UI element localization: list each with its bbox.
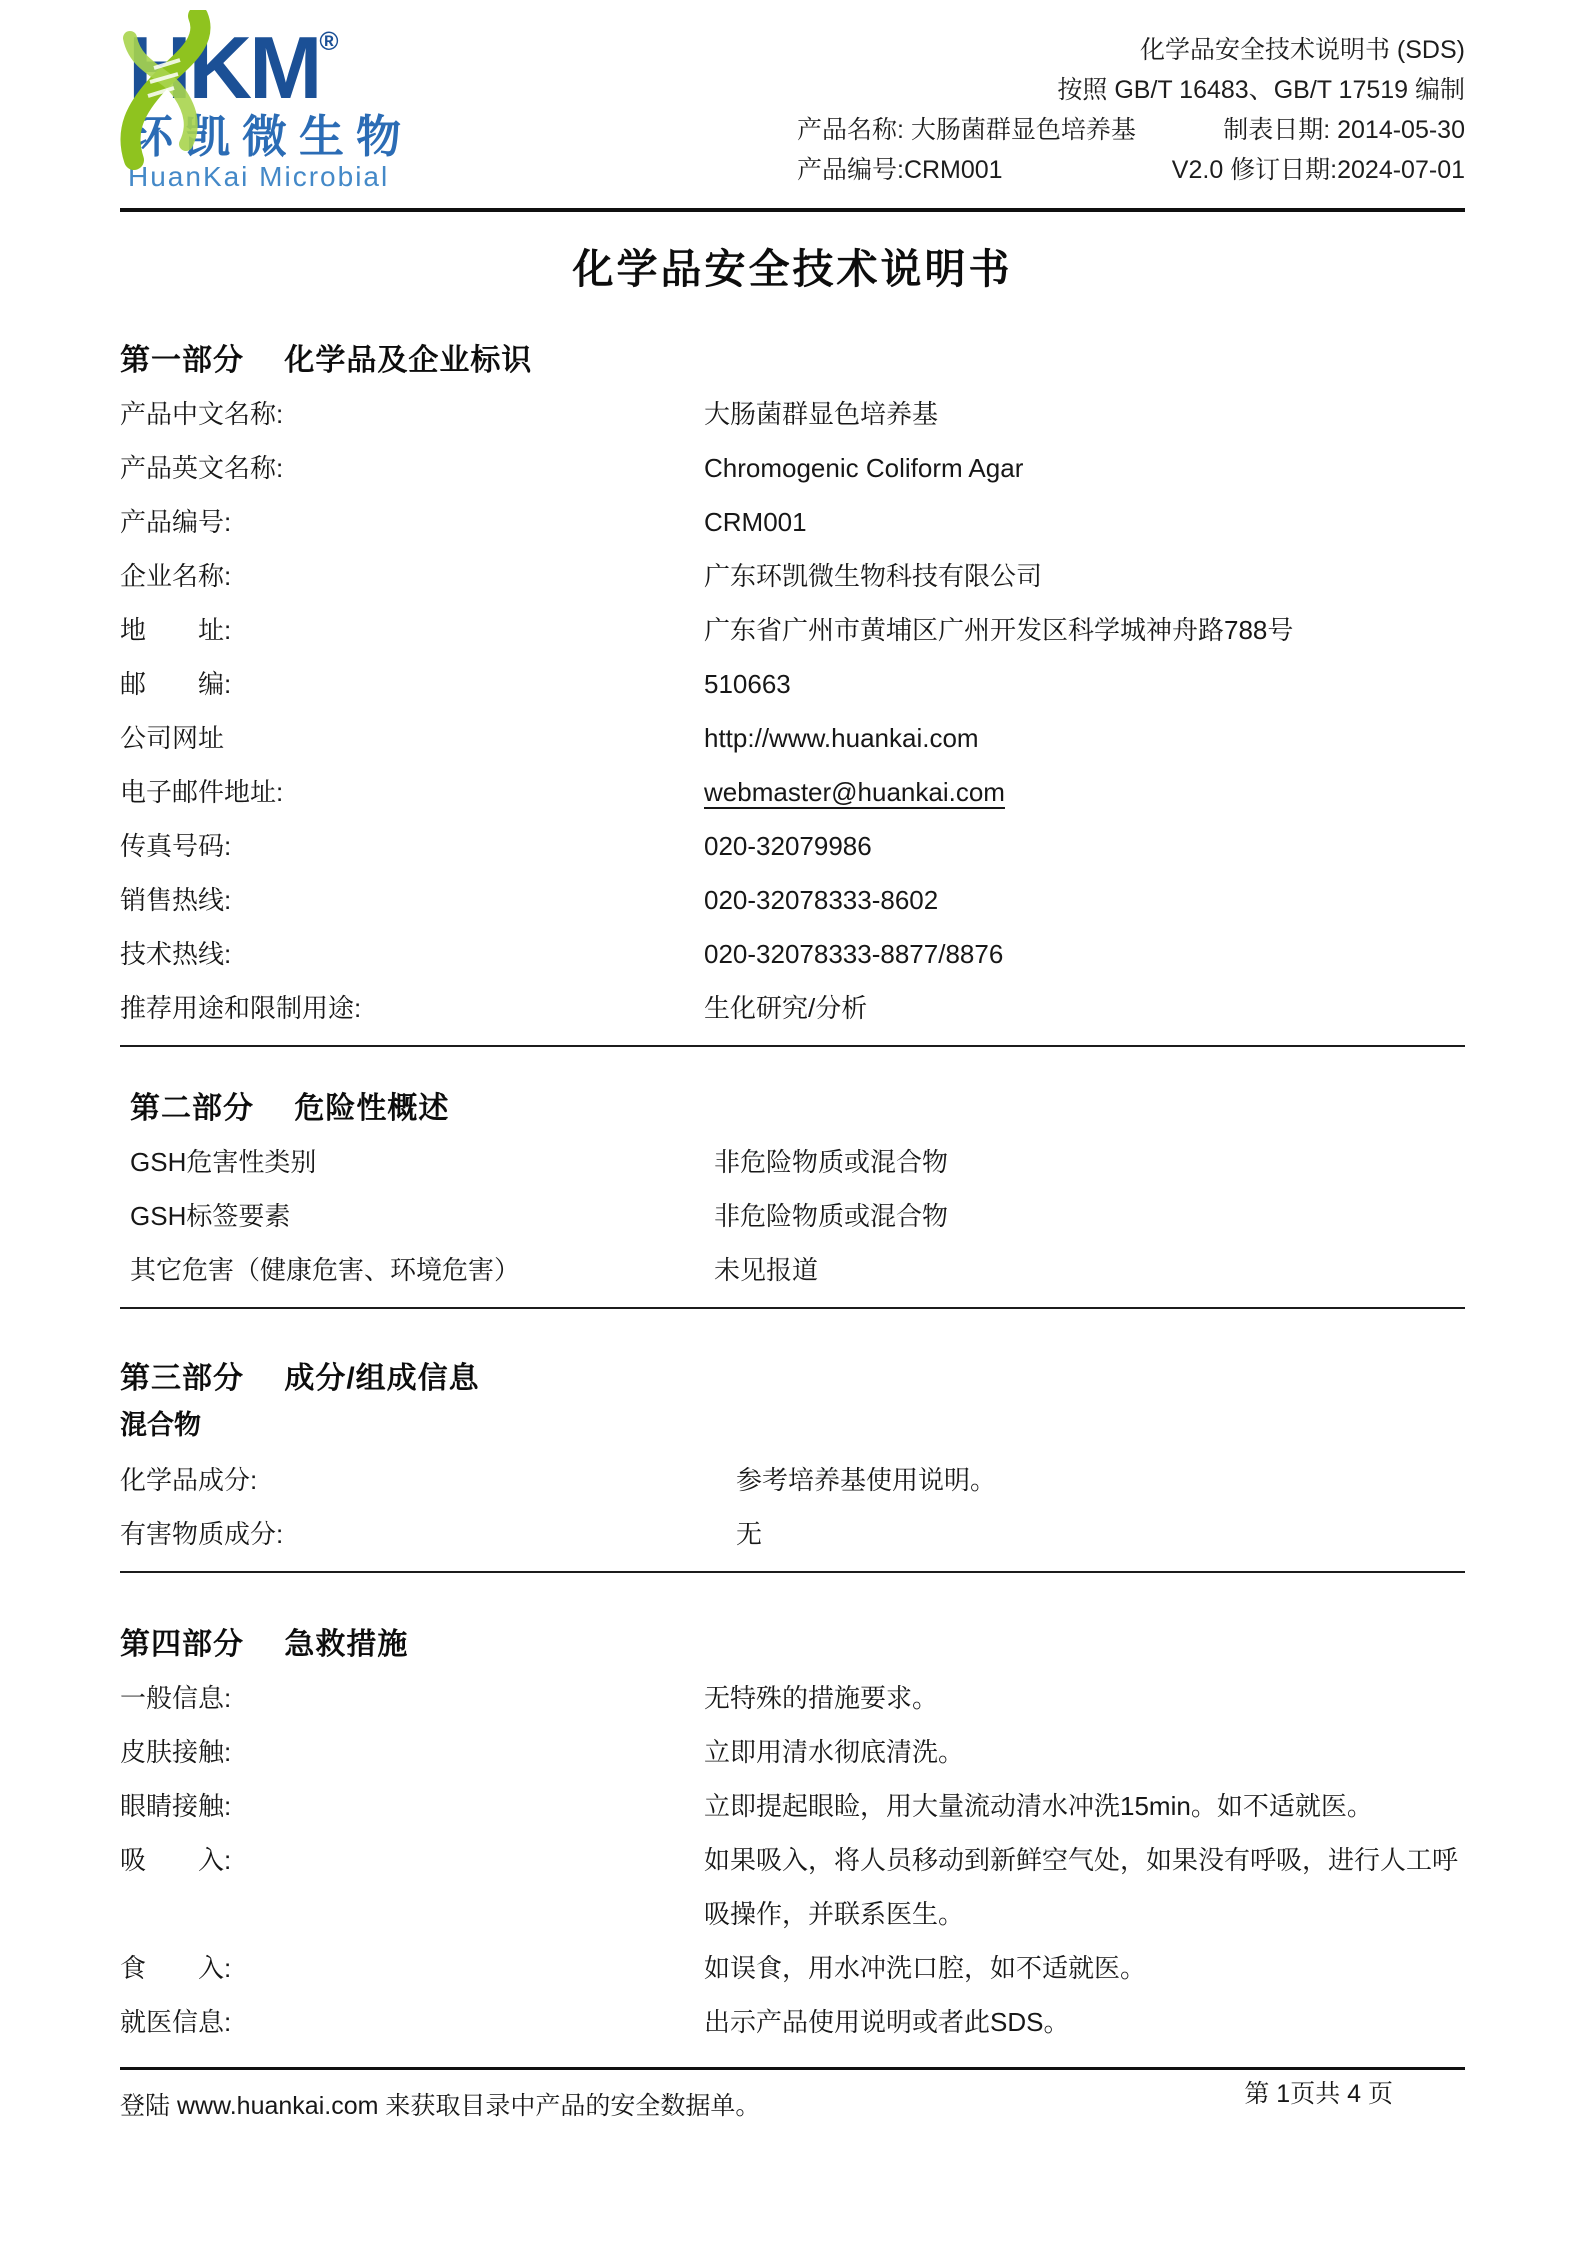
- section-divider: [120, 1307, 1465, 1309]
- field-value: 广东环凯微生物科技有限公司: [704, 549, 1465, 603]
- field-value: 如误食，用水冲洗口腔，如不适就医。: [704, 1941, 1465, 1995]
- section-heading: 第四部分 急救措施: [120, 1627, 1465, 1663]
- field-label: 皮肤接触:: [120, 1725, 704, 1779]
- field-value: 非危险物质或混合物: [714, 1189, 1465, 1243]
- header-standard: 按照 GB/T 16483、GB/T 17519 编制: [797, 70, 1465, 110]
- field-row: 公司网址 http://www.huankai.com: [120, 711, 1465, 765]
- field-value: 020-32078333-8602: [704, 873, 1465, 927]
- page-header: HKM® 环凯微生物 HuanKai Microbial 化学品安全技术说明书 …: [120, 26, 1465, 198]
- field-label: 产品英文名称:: [120, 441, 704, 495]
- field-label: 化学品成分:: [120, 1453, 736, 1507]
- sds-document-page: HKM® 环凯微生物 HuanKai Microbial 化学品安全技术说明书 …: [0, 0, 1587, 2122]
- dna-helix-icon: [114, 10, 224, 170]
- field-value: 出示产品使用说明或者此SDS。: [704, 1995, 1465, 2049]
- field-value: 020-32078333-8877/8876: [704, 927, 1465, 981]
- field-label: 电子邮件地址:: [120, 765, 704, 819]
- field-row: 销售热线: 020-32078333-8602: [120, 873, 1465, 927]
- field-row: 企业名称: 广东环凯微生物科技有限公司: [120, 549, 1465, 603]
- field-label: 销售热线:: [120, 873, 704, 927]
- company-website-url: http://www.huankai.com: [704, 711, 1465, 765]
- field-label: 推荐用途和限制用途:: [120, 981, 704, 1035]
- field-value: 生化研究/分析: [704, 981, 1465, 1035]
- field-row: 邮 编: 510663: [120, 657, 1465, 711]
- field-row: 地 址: 广东省广州市黄埔区广州开发区科学城神舟路788号: [120, 603, 1465, 657]
- field-value: 如果吸入，将人员移动到新鲜空气处，如果没有呼吸，进行人工呼吸操作，并联系医生。: [704, 1833, 1465, 1941]
- field-value: Chromogenic Coliform Agar: [704, 441, 1465, 495]
- field-value: 未见报道: [714, 1243, 1465, 1297]
- field-row: 皮肤接触: 立即用清水彻底清洗。: [120, 1725, 1465, 1779]
- section-identification: 第一部分 化学品及企业标识 产品中文名称: 大肠菌群显色培养基 产品英文名称: …: [120, 343, 1465, 1047]
- field-row: 电子邮件地址: webmaster@huankai.com: [120, 765, 1465, 819]
- section-heading: 第一部分 化学品及企业标识: [120, 343, 1465, 379]
- field-label: 传真号码:: [120, 819, 704, 873]
- field-row: 化学品成分: 参考培养基使用说明。: [120, 1453, 1465, 1507]
- field-value: 立即用清水彻底清洗。: [704, 1725, 1465, 1779]
- field-label: GSH危害性类别: [130, 1135, 714, 1189]
- section-heading: 第二部分 危险性概述: [120, 1091, 1465, 1127]
- field-label: 产品中文名称:: [120, 387, 704, 441]
- field-row: 食 入: 如误食，用水冲洗口腔，如不适就医。: [120, 1941, 1465, 1995]
- section-hazard-overview: 第二部分 危险性概述 GSH危害性类别 非危险物质或混合物 GSH标签要素 非危…: [120, 1091, 1465, 1309]
- footer-note: 登陆 www.huankai.com 来获取目录中产品的安全数据单。: [120, 2074, 760, 2122]
- field-label: 技术热线:: [120, 927, 704, 981]
- footer-divider: [120, 2067, 1465, 2070]
- field-label: 产品编号:: [120, 495, 704, 549]
- field-row: GSH危害性类别 非危险物质或混合物: [120, 1135, 1465, 1189]
- header-meta-block: 化学品安全技术说明书 (SDS) 按照 GB/T 16483、GB/T 1751…: [797, 26, 1465, 190]
- company-logo: HKM® 环凯微生物 HuanKai Microbial: [120, 26, 413, 191]
- field-value: 020-32079986: [704, 819, 1465, 873]
- page-footer: 登陆 www.huankai.com 来获取目录中产品的安全数据单。 第 1页共…: [120, 2074, 1465, 2122]
- field-row: 有害物质成分: 无: [120, 1507, 1465, 1561]
- page-indicator: 第 1页共 4 页: [1244, 2074, 1393, 2110]
- field-value: 广东省广州市黄埔区广州开发区科学城神舟路788号: [704, 603, 1465, 657]
- logo-acronym: HKM®: [128, 26, 339, 110]
- header-divider: [120, 208, 1465, 212]
- field-label: 吸 入:: [120, 1833, 704, 1941]
- header-create-date: 制表日期: 2014-05-30: [1223, 110, 1465, 150]
- header-revision-date: V2.0 修订日期:2024-07-01: [1172, 150, 1465, 190]
- field-value: 510663: [704, 657, 1465, 711]
- email-link[interactable]: webmaster@huankai.com: [704, 777, 1005, 807]
- field-label: 公司网址: [120, 711, 704, 765]
- field-label: 就医信息:: [120, 1995, 704, 2049]
- mixture-subheading: 混合物: [120, 1397, 1465, 1453]
- field-value: 无特殊的措施要求。: [704, 1671, 1465, 1725]
- field-row: 一般信息: 无特殊的措施要求。: [120, 1671, 1465, 1725]
- field-label: 眼睛接触:: [120, 1779, 704, 1833]
- field-value: 立即提起眼睑，用大量流动清水冲洗15min。如不适就医。: [704, 1779, 1465, 1833]
- field-row: 推荐用途和限制用途: 生化研究/分析: [120, 981, 1465, 1035]
- field-value: 非危险物质或混合物: [714, 1135, 1465, 1189]
- section-first-aid: 第四部分 急救措施 一般信息: 无特殊的措施要求。 皮肤接触: 立即用清水彻底清…: [120, 1627, 1465, 2049]
- section-composition: 第三部分 成分/组成信息 混合物 化学品成分: 参考培养基使用说明。 有害物质成…: [120, 1361, 1465, 1573]
- field-value: 大肠菌群显色培养基: [704, 387, 1465, 441]
- field-label: 其它危害（健康危害、环境危害）: [130, 1243, 714, 1297]
- field-row: 技术热线: 020-32078333-8877/8876: [120, 927, 1465, 981]
- field-row: 传真号码: 020-32079986: [120, 819, 1465, 873]
- field-label: 邮 编:: [120, 657, 704, 711]
- field-label: 食 入:: [120, 1941, 704, 1995]
- section-divider: [120, 1045, 1465, 1047]
- field-row: 产品中文名称: 大肠菌群显色培养基: [120, 387, 1465, 441]
- field-label: 企业名称:: [120, 549, 704, 603]
- field-label: 地 址:: [120, 603, 704, 657]
- field-row: 眼睛接触: 立即提起眼睑，用大量流动清水冲洗15min。如不适就医。: [120, 1779, 1465, 1833]
- field-row: 产品编号: CRM001: [120, 495, 1465, 549]
- field-value: 无: [736, 1507, 1465, 1561]
- header-doc-type: 化学品安全技术说明书 (SDS): [797, 30, 1465, 70]
- field-row: 吸 入: 如果吸入，将人员移动到新鲜空气处，如果没有呼吸，进行人工呼吸操作，并联…: [120, 1833, 1465, 1941]
- field-label: 有害物质成分:: [120, 1507, 736, 1561]
- field-row: 就医信息: 出示产品使用说明或者此SDS。: [120, 1995, 1465, 2049]
- header-product-code: 产品编号:CRM001: [797, 150, 1003, 190]
- field-value: CRM001: [704, 495, 1465, 549]
- section-heading: 第三部分 成分/组成信息: [120, 1361, 1465, 1397]
- document-title: 化学品安全技术说明书: [120, 236, 1465, 295]
- header-product-name: 产品名称: 大肠菌群显色培养基: [797, 110, 1136, 150]
- field-label: GSH标签要素: [130, 1189, 714, 1243]
- field-value: 参考培养基使用说明。: [736, 1453, 1465, 1507]
- field-row: 产品英文名称: Chromogenic Coliform Agar: [120, 441, 1465, 495]
- field-row: GSH标签要素 非危险物质或混合物: [120, 1189, 1465, 1243]
- field-label: 一般信息:: [120, 1671, 704, 1725]
- field-row: 其它危害（健康危害、环境危害） 未见报道: [120, 1243, 1465, 1297]
- section-divider: [120, 1571, 1465, 1573]
- registered-trademark-icon: ®: [319, 26, 338, 56]
